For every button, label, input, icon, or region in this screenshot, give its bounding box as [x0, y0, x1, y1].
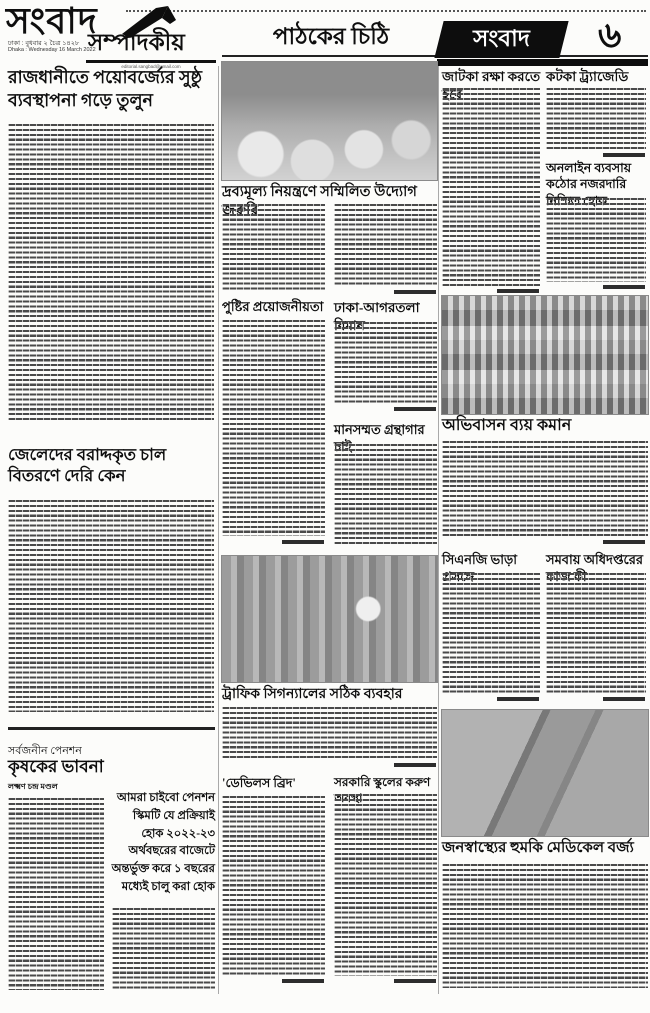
- govt-school-byline: [394, 979, 436, 983]
- header-dotted-rule: [126, 10, 646, 12]
- govt-school-body: [334, 794, 437, 976]
- devils-breath-headline: 'ডেভিলস ব্রিদ': [222, 775, 325, 791]
- commodity-body-col1: [222, 204, 325, 292]
- newspaper-page: সংবাদ ঢাকা : বুধবার ২ চৈত্র ১৪২৮ Dhaka :…: [0, 0, 650, 1013]
- migration-body: [442, 441, 648, 537]
- right-black-bar: [437, 59, 648, 66]
- migration-byline: [603, 540, 645, 544]
- flight-body: [334, 322, 437, 404]
- grain-market-photo: [222, 62, 437, 180]
- migrant-queue-photo: [442, 296, 648, 414]
- section-underline: [86, 60, 216, 63]
- commodity-body-col2: [334, 204, 437, 286]
- traffic-headline: ট্রাফিক সিগন্যালের সঠিক ব্যবহার: [222, 686, 437, 704]
- commodity-byline: [394, 290, 436, 294]
- jatka-byline: [497, 289, 539, 293]
- library-body: [334, 444, 437, 544]
- pension-pull-quote: আমরা চাইবো পেনশন স্কিমটি যে প্রক্রিয়াই …: [110, 790, 215, 897]
- devils-breath-byline: [282, 979, 324, 983]
- nutrition-headline: পুষ্টির প্রয়োজনীয়তা: [222, 299, 325, 316]
- editorial2-body: [8, 500, 214, 712]
- flight-byline: [394, 407, 436, 411]
- online-business-byline: [603, 285, 645, 289]
- online-business-body: [546, 198, 646, 282]
- medical-waste-headline: জনস্বাস্থ্যের হুমকি মেডিকেল বর্জ্য: [442, 839, 648, 859]
- page-number: ৬: [598, 12, 621, 59]
- cooperative-body: [546, 573, 646, 695]
- page-title: পাঠকের চিঠি: [238, 22, 424, 52]
- kotka-body: [546, 88, 646, 150]
- column-divider-left: [218, 66, 219, 994]
- medical-waste-body: [442, 864, 648, 988]
- pension-headline: কৃষকের ভাবনা: [8, 756, 104, 778]
- nutrition-body: [222, 320, 325, 536]
- migration-headline: অভিবাসন ব্যয় কমান: [442, 416, 648, 437]
- editorial1-body: [8, 124, 214, 422]
- kotka-byline: [603, 153, 645, 157]
- column-divider-right: [438, 66, 439, 994]
- editorial2-headline: জেলেদের বরাদ্দকৃত চাল বিতরণে দেরি কেন: [8, 444, 208, 487]
- cooperative-byline: [603, 697, 645, 701]
- section-label: সম্পাদকীয়: [88, 28, 185, 58]
- kotka-headline: কটকা ট্র্যাজেডি: [546, 68, 648, 86]
- devils-breath-body: [222, 796, 325, 976]
- dateline-en: Dhaka : Wednesday 16 March 2022: [8, 47, 96, 53]
- traffic-police-photo: [222, 556, 437, 682]
- pension-divider: [8, 727, 215, 730]
- medical-waste-dumpster-photo: [442, 710, 648, 836]
- brand-box-label: সংবাদ: [439, 24, 564, 54]
- editorial1-headline: রাজধানীতে পয়োবর্জ্যের সুষ্ঠু ব্যবস্থাপন…: [8, 66, 214, 112]
- traffic-body: [222, 707, 437, 761]
- pension-byline: লক্ষ্মণ চন্দ্র মণ্ডল: [8, 782, 58, 792]
- pension-body-col1: [8, 798, 104, 990]
- cng-fare-byline: [497, 697, 539, 701]
- traffic-byline: [394, 763, 436, 767]
- jatka-body: [442, 88, 540, 286]
- nutrition-byline: [282, 540, 324, 544]
- pension-body-col2: [112, 908, 215, 990]
- cng-fare-body: [442, 573, 540, 695]
